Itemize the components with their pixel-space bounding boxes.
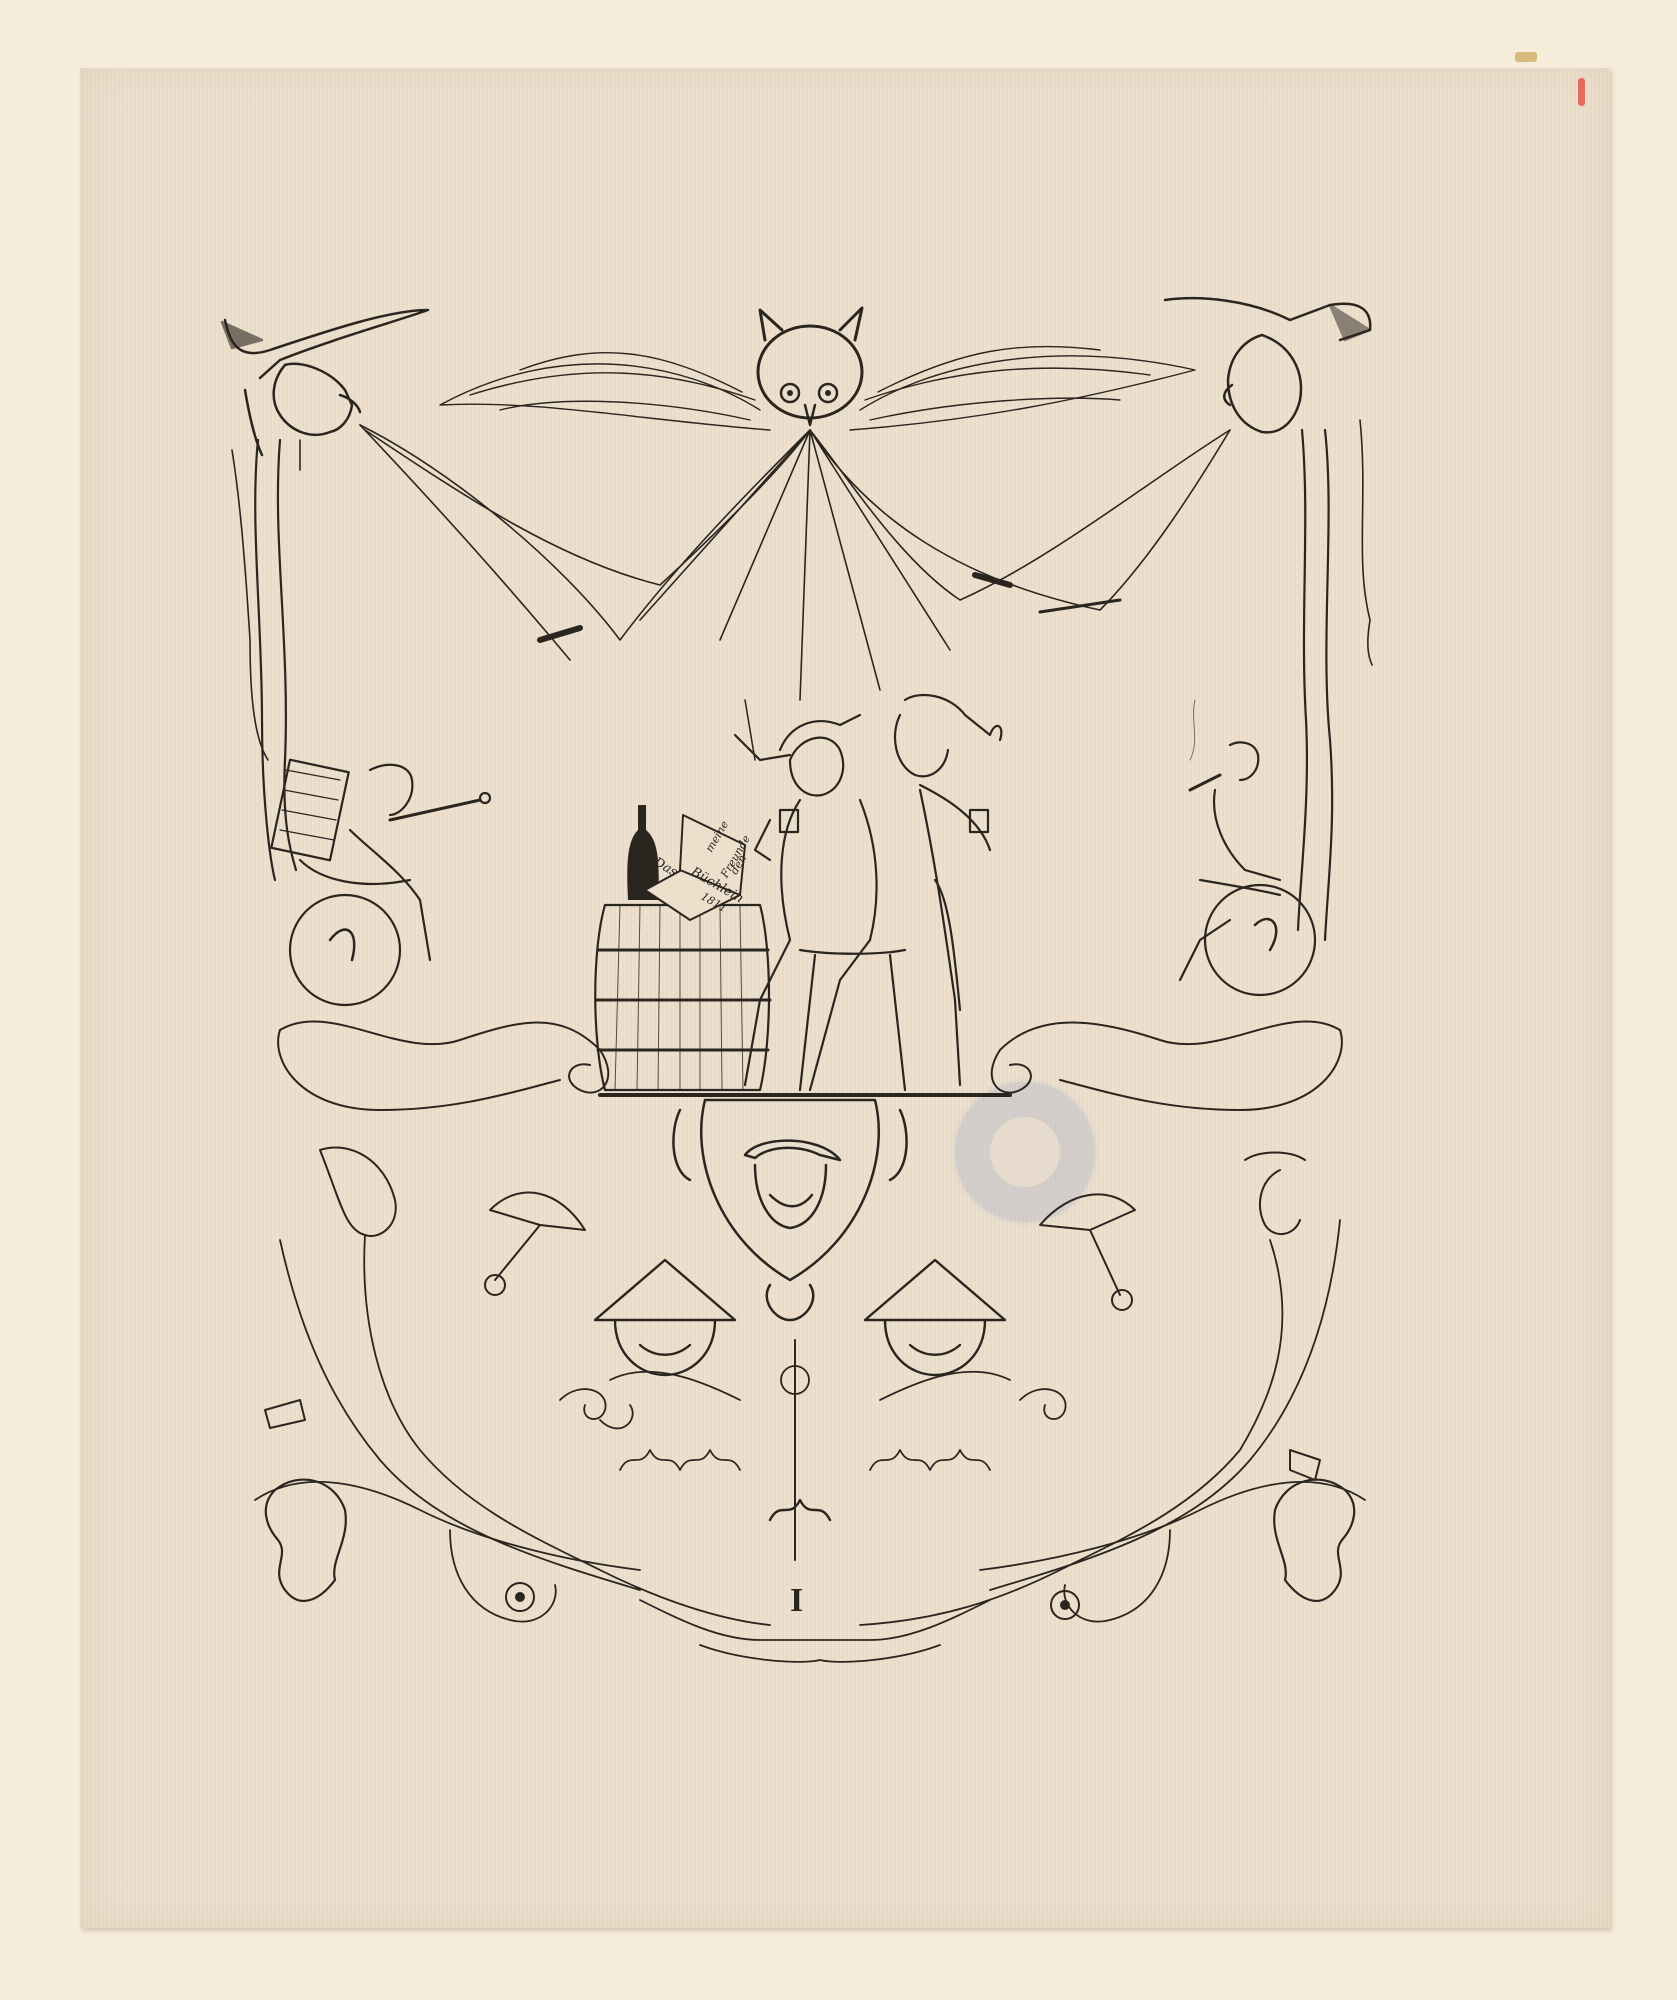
pipe-smoker	[1180, 700, 1315, 995]
jester	[895, 695, 1001, 1085]
flower-heads	[320, 1147, 1305, 1236]
left-head	[222, 310, 428, 455]
acanthus-leaves	[266, 1480, 1354, 1601]
drapery	[232, 420, 1372, 940]
umbrellas	[485, 1193, 1135, 1310]
seated-drinker	[735, 700, 905, 1090]
engraving	[0, 0, 1677, 2000]
right-head	[1165, 298, 1370, 432]
plate-numeral: I	[790, 1582, 803, 1620]
upper-scrolls	[278, 1021, 1342, 1110]
barrel	[595, 905, 770, 1090]
shield-mask	[673, 1100, 906, 1320]
peddler	[271, 760, 490, 1005]
horn-flowers	[265, 1400, 1320, 1480]
owl	[440, 308, 1195, 430]
